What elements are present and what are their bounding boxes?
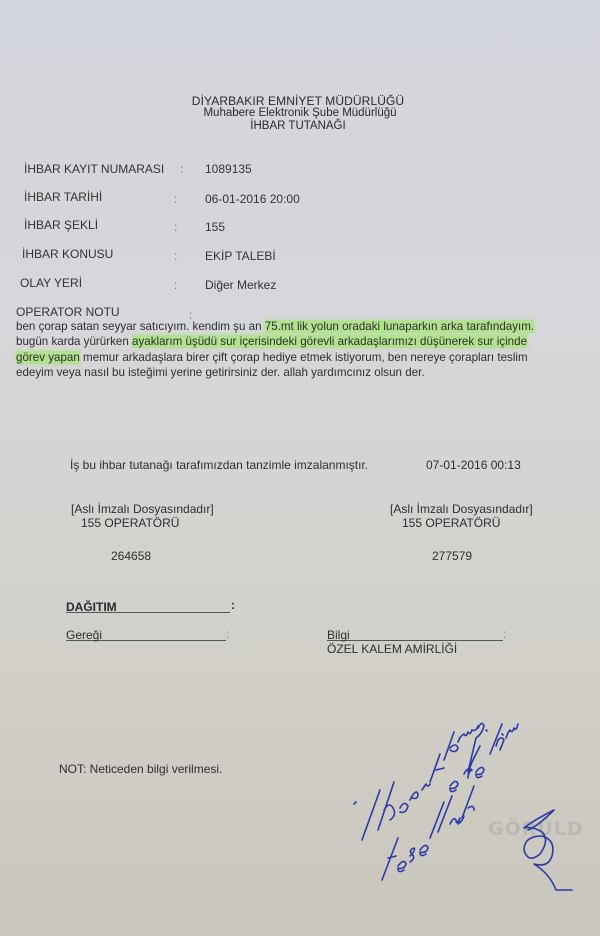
note-line: edeyim veya nasıl bu isteğimi yerine get… bbox=[16, 365, 576, 380]
field-colon: : bbox=[174, 278, 177, 292]
highlighted-text: 75.mt lik yolun oradaki bbox=[265, 320, 384, 333]
note-line: bugün karda yürürken ayaklarım üşüdü sur… bbox=[16, 334, 576, 349]
handwritten-annotation bbox=[340, 690, 600, 900]
closing-statement: İş bu ihbar tutanağı tarafımızdan tanzim… bbox=[70, 458, 368, 472]
gereği-colon: : bbox=[226, 627, 229, 641]
department-name: Muhabere Elektronik Şube Müdürlüğü bbox=[0, 107, 600, 119]
signature-id: 264658 bbox=[111, 549, 151, 563]
note-line: görev yapan memur arkadaşlara birer çift… bbox=[16, 350, 576, 365]
field-colon: : bbox=[180, 162, 183, 176]
field-label: İHBAR TARİHİ bbox=[24, 190, 102, 204]
field-colon: : bbox=[174, 192, 177, 206]
operator-note-text: ben çorap satan seyyar satıcıyım. kendim… bbox=[16, 319, 576, 381]
field-value: 155 bbox=[205, 220, 225, 234]
bilgi-colon: : bbox=[503, 627, 506, 641]
field-label: İHBAR ŞEKLİ bbox=[24, 218, 98, 232]
gereği-label: Gereği bbox=[66, 628, 102, 642]
distribution-title-line: DAĞITIM bbox=[66, 598, 230, 613]
bilgi-recipient: ÖZEL KALEM AMİRLİĞİ bbox=[327, 642, 457, 656]
institution-name: DİYARBAKIR EMNİYET MÜDÜRLÜĞÜ bbox=[0, 94, 598, 108]
footer-note: NOT: Neticeden bilgi verilmesi. bbox=[59, 762, 222, 776]
signature-id: 277579 bbox=[432, 549, 472, 563]
gereği-line: Gereği bbox=[66, 626, 226, 641]
field-value: 06-01-2016 20:00 bbox=[205, 192, 300, 206]
note-line: ben çorap satan seyyar satıcıyım. kendim… bbox=[16, 319, 576, 334]
field-value: 1089135 bbox=[205, 162, 252, 176]
signature-note: [Aslı İmzalı Dosyasındadır] bbox=[71, 502, 214, 516]
field-label: İHBAR KONUSU bbox=[22, 247, 113, 261]
signature-role: 155 OPERATÖRÜ bbox=[81, 516, 179, 530]
note-text: bugün karda yürürken bbox=[16, 335, 132, 348]
note-text: memur arkadaşlara birer çift çorap hediy… bbox=[80, 351, 528, 364]
distribution-colon: : bbox=[231, 598, 235, 612]
highlighted-text: görev yapan bbox=[16, 351, 80, 364]
highlighted-text: ayaklarım üşüdü sur içerisindeki görevli… bbox=[132, 335, 527, 348]
note-text: ben çorap satan seyyar satıcıyım. kendim… bbox=[16, 320, 265, 333]
field-colon: : bbox=[174, 220, 177, 234]
field-value: EKİP TALEBİ bbox=[205, 249, 276, 263]
closing-timestamp: 07-01-2016 00:13 bbox=[426, 458, 521, 472]
field-label: İHBAR KAYIT NUMARASI bbox=[24, 162, 164, 176]
bilgi-label: Bilgi bbox=[327, 628, 350, 642]
bilgi-line: Bilgi bbox=[327, 626, 503, 641]
field-value: Diğer Merkez bbox=[205, 278, 276, 292]
field-colon: : bbox=[174, 249, 177, 263]
distribution-title: DAĞITIM bbox=[66, 600, 117, 614]
signature-role: 155 OPERATÖRÜ bbox=[402, 516, 500, 530]
document-title: İHBAR TUTANAĞI bbox=[0, 120, 598, 132]
operator-note-label: OPERATOR NOTU bbox=[16, 305, 120, 319]
signature-note: [Aslı İmzalı Dosyasındadır] bbox=[390, 502, 533, 516]
highlighted-text: lunaparkın arka tarafındayım. bbox=[383, 320, 534, 333]
note-text: edeyim veya nasıl bu isteğimi yerine get… bbox=[16, 366, 425, 379]
field-label: OLAY YERİ bbox=[20, 276, 82, 290]
